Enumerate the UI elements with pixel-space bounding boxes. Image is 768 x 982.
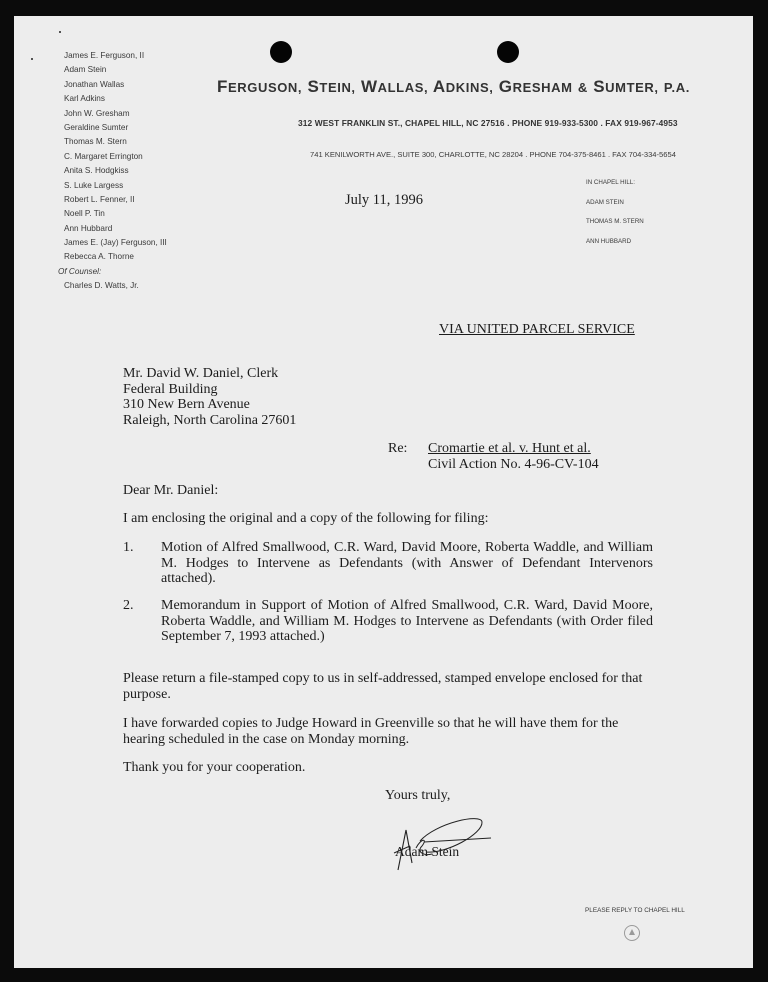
partner-name: Adam Stein <box>64 63 234 77</box>
letter-date: July 11, 1996 <box>345 192 423 209</box>
body-paragraph: I have forwarded copies to Judge Howard … <box>123 716 647 747</box>
partner-name: Jonathan Wallas <box>64 78 234 92</box>
signature-icon <box>376 808 496 878</box>
partner-name: James E. (Jay) Ferguson, III <box>64 236 234 250</box>
chapel-hill-attorneys: IN CHAPEL HILL: ADAM STEIN THOMAS M. STE… <box>586 177 644 255</box>
punch-hole-right <box>497 41 519 63</box>
chapel-hill-address: 312 WEST FRANKLIN ST., CHAPEL HILL, NC 2… <box>298 118 678 128</box>
partner-name: Rebecca A. Thorne <box>64 250 234 264</box>
letter-page: James E. Ferguson, II Adam Stein Jonatha… <box>14 16 753 968</box>
partner-name: C. Margaret Errington <box>64 150 234 164</box>
chapel-hill-attorney: THOMAS M. STERN <box>586 216 644 236</box>
addressee-line: Federal Building <box>123 382 296 398</box>
partner-name: James E. Ferguson, II <box>64 49 234 63</box>
partner-name: John W. Gresham <box>64 107 234 121</box>
firm-name: FERGUSON, STEIN, WALLAS, ADKINS, GRESHAM… <box>217 77 690 97</box>
partner-name: Ann Hubbard <box>64 222 234 236</box>
partner-name: Robert L. Fenner, II <box>64 193 234 207</box>
partner-name: Anita S. Hodgkiss <box>64 164 234 178</box>
item-text: Memorandum in Support of Motion of Alfre… <box>161 598 653 645</box>
civil-action-number: Civil Action No. 4-96-CV-104 <box>428 457 599 473</box>
partner-name: Thomas M. Stern <box>64 135 234 149</box>
partner-list: James E. Ferguson, II Adam Stein Jonatha… <box>64 49 234 294</box>
item-number: 2. <box>123 598 134 614</box>
delivery-method: VIA UNITED PARCEL SERVICE <box>439 322 635 338</box>
re-label: Re: <box>388 441 407 457</box>
chapel-hill-attorney: ADAM STEIN <box>586 197 644 217</box>
of-counsel-label: Of Counsel: <box>58 265 234 279</box>
partner-name: Karl Adkins <box>64 92 234 106</box>
partner-name: Geraldine Sumter <box>64 121 234 135</box>
punch-hole-left <box>270 41 292 63</box>
union-bug-icon <box>624 925 640 941</box>
partner-name: Noell P. Tin <box>64 207 234 221</box>
body-paragraph: Please return a file-stamped copy to us … <box>123 671 647 702</box>
reply-note: PLEASE REPLY TO CHAPEL HILL <box>585 907 685 914</box>
of-counsel-name: Charles D. Watts, Jr. <box>64 279 234 293</box>
enclosure-item: 1. Motion of Alfred Smallwood, C.R. Ward… <box>123 540 653 587</box>
addressee-block: Mr. David W. Daniel, Clerk Federal Build… <box>123 366 296 428</box>
paper-speck <box>31 58 33 60</box>
addressee-line: Mr. David W. Daniel, Clerk <box>123 366 296 382</box>
item-number: 1. <box>123 540 134 556</box>
addressee-line: 310 New Bern Avenue <box>123 397 296 413</box>
paper-speck <box>59 31 61 33</box>
body-paragraph: Thank you for your cooperation. <box>123 760 647 776</box>
case-name: Cromartie et al. v. Hunt et al. <box>428 441 599 457</box>
charlotte-address: 741 KENILWORTH AVE., SUITE 300, CHARLOTT… <box>310 150 676 159</box>
intro-paragraph: I am enclosing the original and a copy o… <box>123 511 488 527</box>
closing: Yours truly, <box>385 788 450 804</box>
addressee-line: Raleigh, North Carolina 27601 <box>123 413 296 429</box>
enclosure-item: 2. Memorandum in Support of Motion of Al… <box>123 598 653 645</box>
chapel-hill-attorney: ANN HUBBARD <box>586 236 644 256</box>
item-text: Motion of Alfred Smallwood, C.R. Ward, D… <box>161 540 653 587</box>
chapel-hill-label: IN CHAPEL HILL: <box>586 177 644 197</box>
partner-name: S. Luke Largess <box>64 179 234 193</box>
re-block: Cromartie et al. v. Hunt et al. Civil Ac… <box>428 441 599 472</box>
salutation: Dear Mr. Daniel: <box>123 483 218 499</box>
